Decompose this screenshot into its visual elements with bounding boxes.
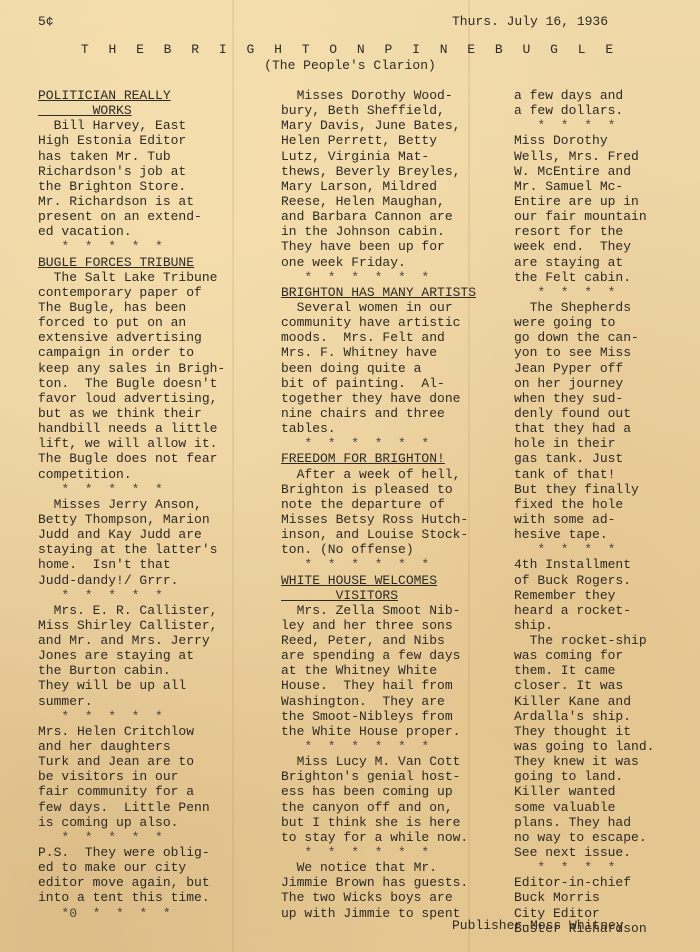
text-line: the Brighton Store. [38,179,225,194]
text-line: the canyon off and on, [281,800,476,815]
text-line: fixed the hole [514,497,654,512]
text-line: See next issue. [514,845,654,860]
text-line: Buck Morris [514,890,654,905]
text-line: plans. They had [514,815,654,830]
text-line: ley and her three sons [281,618,476,633]
text-line: closer. It was [514,678,654,693]
text-line: Wells, Mrs. Fred [514,149,654,164]
text-line: with some ad- [514,512,654,527]
text-line: Mary Larson, Mildred [281,179,476,194]
text-line: to stay for a while now. [281,830,476,845]
text-line: Mary Davis, June Bates, [281,118,476,133]
text-line: Jean Pyper off [514,361,654,376]
text-line: one week Friday. [281,255,476,270]
text-line: favor loud advertising, [38,391,225,406]
section-divider: * * * * * [38,239,225,254]
text-line: Betty Thompson, Marion [38,512,225,527]
text-line: contemporary paper of [38,285,225,300]
text-line: up with Jimmie to spent [281,906,476,921]
text-line: that they had a [514,421,654,436]
section-divider: * * * * * [38,830,225,845]
text-line: After a week of hell, [281,467,476,482]
text-line: hesive tape. [514,527,654,542]
text-line: the Felt cabin. [514,270,654,285]
section-divider: * * * * * * [281,739,476,754]
text-line: Mrs. E. R. Callister, [38,603,225,618]
text-line: They thought it [514,724,654,739]
text-line: Brighton's genial host- [281,769,476,784]
text-line: ton. (No offense) [281,542,476,557]
text-line: Ardalla's ship. [514,709,654,724]
text-line: They have been up for [281,239,476,254]
section-divider: * * * * [514,860,654,875]
text-line: is coming up also. [38,815,225,830]
text-line: Miss Dorothy [514,133,654,148]
section-divider: * * * * * * [281,270,476,285]
text-line: Brighton is pleased to [281,482,476,497]
text-line: note the departure of [281,497,476,512]
text-line: Reese, Helen Maughan, [281,194,476,209]
text-line: was going to land. [514,739,654,754]
text-line: at the Whitney White [281,663,476,678]
text-line: Lutz, Virginia Mat- [281,149,476,164]
text-line: Misses Dorothy Wood- [281,88,476,103]
text-line: Misses Jerry Anson, [38,497,225,512]
text-line: tank of that! [514,467,654,482]
text-line: go down the can- [514,330,654,345]
price: 5¢ [38,14,54,29]
section-divider: * * * * * * [281,557,476,572]
issue-date: Thurs. July 16, 1936 [452,14,608,29]
text-line: bury, Beth Sheffield, [281,103,476,118]
text-line: few days. Little Penn [38,800,225,815]
newspaper-subtitle: (The People's Clarion) [0,58,700,73]
text-line: a few dollars. [514,103,654,118]
text-line: present on an extend- [38,209,225,224]
text-line: Several women in our [281,300,476,315]
text-line: on her journey [514,376,654,391]
column-2: Misses Dorothy Wood-bury, Beth Sheffield… [281,88,476,921]
text-line: and Barbara Cannon are [281,209,476,224]
text-line: forced to put on an [38,315,225,330]
text-line: Reed, Peter, and Nibs [281,633,476,648]
text-line: Misses Betsy Ross Hutch- [281,512,476,527]
text-line: when they sud- [514,391,654,406]
text-line: Mr. Samuel Mc- [514,179,654,194]
text-line: hole in their [514,436,654,451]
text-line: campaign in order to [38,345,225,360]
text-line: has taken Mr. Tub [38,149,225,164]
text-line: P.S. They were oblig- [38,845,225,860]
text-line: Mrs. F. Whitney have [281,345,476,360]
text-line: competition. [38,467,225,482]
text-line: some valuable [514,800,654,815]
column-3: a few days anda few dollars. * * * *Miss… [514,88,654,936]
text-line: Jones are staying at [38,648,225,663]
headline: WHITE HOUSE WELCOMES [281,573,476,588]
text-line: thews, Beverly Breyles, [281,164,476,179]
text-line: Miss Shirley Callister, [38,618,225,633]
text-line: yon to see Miss [514,345,654,360]
newspaper-title: T H E B R I G H T O N P I N E B U G L E [0,42,700,57]
section-divider: * * * * * * [281,845,476,860]
text-line: The two Wicks boys are [281,890,476,905]
section-divider: * * * * * * [281,436,476,451]
text-line: staying at the latter's [38,542,225,557]
text-line: Editor-in-chief [514,875,654,890]
text-line: in the Johnson cabin. [281,224,476,239]
text-line: denly found out [514,406,654,421]
text-line: and Mr. and Mrs. Jerry [38,633,225,648]
text-line: ton. The Bugle doesn't [38,376,225,391]
text-line: Mrs. Helen Critchlow [38,724,225,739]
text-line: been doing quite a [281,361,476,376]
newspaper-page: 5¢ Thurs. July 16, 1936 T H E B R I G H … [0,0,700,952]
text-line: Helen Perrett, Betty [281,133,476,148]
section-divider: * * * * * [38,482,225,497]
text-line: Bill Harvey, East [38,118,225,133]
section-divider: * * * * [514,118,654,133]
text-line: Killer Kane and [514,694,654,709]
text-line: Richardson's job at [38,164,225,179]
text-line: handbill needs a little [38,421,225,436]
text-line: bit of painting. Al- [281,376,476,391]
text-line: be visitors in our [38,769,225,784]
text-line: summer. [38,694,225,709]
text-line: W. McEntire and [514,164,654,179]
headline: BUGLE FORCES TRIBUNE [38,255,225,270]
text-line: week end. They [514,239,654,254]
text-line: a few days and [514,88,654,103]
headline: VISITORS [281,588,476,603]
text-line: ed vacation. [38,224,225,239]
headline: WORKS [38,103,225,118]
text-line: nine chairs and three [281,406,476,421]
text-line: the Burton cabin. [38,663,225,678]
text-line: the White House proper. [281,724,476,739]
text-line: home. Isn't that [38,557,225,572]
text-line: They knew it was [514,754,654,769]
text-line: The rocket-ship [514,633,654,648]
text-line: no way to escape. [514,830,654,845]
section-divider: * * * * * [38,588,225,603]
text-line: ess has been coming up [281,784,476,799]
text-line: heard a rocket- [514,603,654,618]
column-1: POLITICIAN REALLY WORKS Bill Harvey, Eas… [38,88,225,921]
text-line: the Smoot-Nibleys from [281,709,476,724]
text-line: our fair mountain [514,209,654,224]
text-line: 4th Installment [514,557,654,572]
text-line: them. It came [514,663,654,678]
text-line: House. They hail from [281,678,476,693]
text-line: and her daughters [38,739,225,754]
text-line: lift, we will allow it. [38,436,225,451]
text-line: The Salt Lake Tribune [38,270,225,285]
text-line: Judd-dandy!/ Grrr. [38,573,225,588]
text-line: going to land. [514,769,654,784]
text-line: Jimmie Brown has guests. [281,875,476,890]
text-line: keep any sales in Brigh- [38,361,225,376]
text-line: They will be up all [38,678,225,693]
text-line: resort for the [514,224,654,239]
text-line: We notice that Mr. [281,860,476,875]
section-divider: * * * * [514,542,654,557]
text-line: But they finally [514,482,654,497]
text-line: was coming for [514,648,654,663]
text-line: inson, and Louise Stock- [281,527,476,542]
text-line: Killer wanted [514,784,654,799]
section-divider: * * * * [514,285,654,300]
text-line: moods. Mrs. Felt and [281,330,476,345]
text-line: are staying at [514,255,654,270]
text-line: ed to make our city [38,860,225,875]
publisher-credit: Publisher-Moss Whitney [452,918,624,933]
text-line: Mr. Richardson is at [38,194,225,209]
text-line: Judd and Kay Judd are [38,527,225,542]
text-line: fair community for a [38,784,225,799]
paper-fold-line [232,0,234,952]
text-line: of Buck Rogers. [514,573,654,588]
headline: BRIGHTON HAS MANY ARTISTS [281,285,476,300]
text-line: Entire are up in [514,194,654,209]
text-line: ship. [514,618,654,633]
text-line: Washington. They are [281,694,476,709]
text-line: Remember they [514,588,654,603]
text-line: community have artistic [281,315,476,330]
headline: FREEDOM FOR BRIGHTON! [281,451,476,466]
text-line: are spending a few days [281,648,476,663]
text-line: The Bugle, has been [38,300,225,315]
text-line: extensive advertising [38,330,225,345]
text-line: gas tank. Just [514,451,654,466]
text-line: The Shepherds [514,300,654,315]
text-line: into a tent this time. [38,890,225,905]
section-divider: * * * * * [38,709,225,724]
text-line: but as we think their [38,406,225,421]
text-line: Turk and Jean are to [38,754,225,769]
text-line: Miss Lucy M. Van Cott [281,754,476,769]
text-line: The Bugle does not fear [38,451,225,466]
text-line: but I think she is here [281,815,476,830]
headline: POLITICIAN REALLY [38,88,225,103]
text-line: Mrs. Zella Smoot Nib- [281,603,476,618]
section-divider: *0 * * * * [38,906,225,921]
text-line: High Estonia Editor [38,133,225,148]
text-line: together they have done [281,391,476,406]
text-line: tables. [281,421,476,436]
text-line: editor move again, but [38,875,225,890]
text-line: were going to [514,315,654,330]
